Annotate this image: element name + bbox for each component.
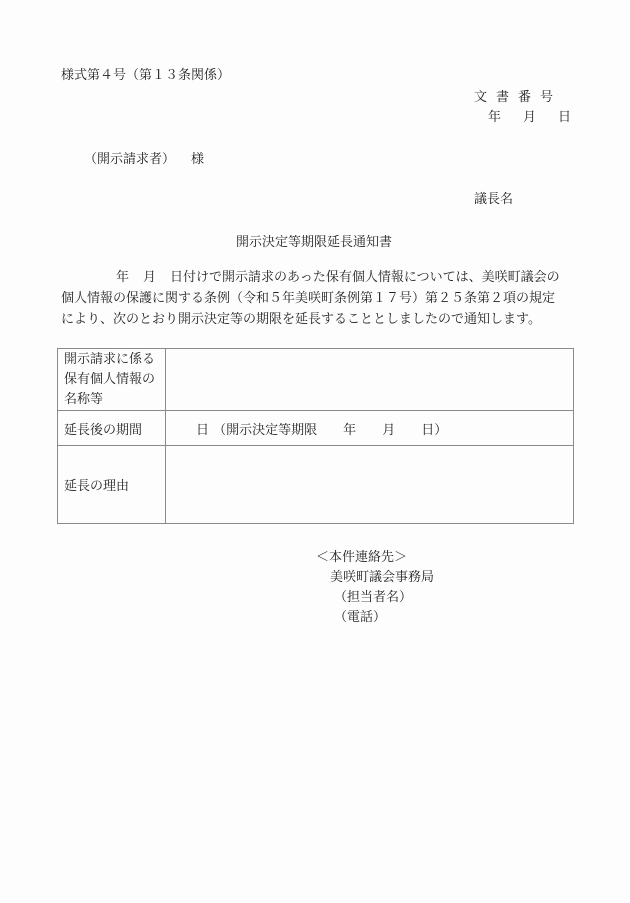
value-reason[interactable]	[166, 446, 574, 524]
contact-heading: ＜本件連絡先＞	[316, 548, 434, 568]
value-info-name[interactable]	[166, 349, 574, 411]
table-row-info-name: 開示請求に係る 保有個人情報の 名称等	[58, 349, 574, 411]
form-number: 様式第４号（第１３条関係）	[61, 64, 230, 83]
recipient-suffix: 様	[191, 152, 204, 167]
contact-person: （担当者名）	[316, 588, 434, 608]
document-number-label: 文書番号	[474, 86, 562, 105]
sender-name: 議長名	[474, 188, 513, 207]
label-extended-period: 延長後の期間	[58, 411, 166, 446]
recipient: （開示請求者）様	[84, 148, 204, 167]
recipient-name: （開示請求者）	[84, 152, 175, 167]
issue-date: 年月日	[488, 106, 571, 125]
value-extended-period[interactable]: 日 （開示決定等期限年月日）	[166, 411, 574, 446]
label-reason: 延長の理由	[58, 446, 166, 524]
table-row-extended-period: 延長後の期間 日 （開示決定等期限年月日）	[58, 411, 574, 446]
date-month: 月	[523, 106, 536, 125]
contact-block: ＜本件連絡先＞ 美咲町議会事務局 （担当者名） （電話）	[316, 548, 434, 628]
contact-phone: （電話）	[316, 608, 434, 628]
body-line-1: 年月日付けで開示請求のあった保有個人情報については、美咲町議会の	[61, 267, 581, 288]
body-line-2: 個人情報の保護に関する条例（令和５年美咲町条例第１７号）第２５条第２項の規定	[61, 288, 581, 309]
body-line-3: により、次のとおり開示決定等の期限を延長することとしましたので通知します。	[61, 309, 581, 330]
date-day: 日	[558, 106, 571, 125]
contact-office: 美咲町議会事務局	[316, 568, 434, 588]
document-title: 開示決定等期限延長通知書	[236, 231, 392, 250]
label-info-name: 開示請求に係る 保有個人情報の 名称等	[58, 349, 166, 411]
body-paragraph: 年月日付けで開示請求のあった保有個人情報については、美咲町議会の 個人情報の保護…	[61, 267, 581, 330]
extension-info-table: 開示請求に係る 保有個人情報の 名称等 延長後の期間 日 （開示決定等期限年月日…	[57, 348, 574, 524]
table-row-reason: 延長の理由	[58, 446, 574, 524]
date-year: 年	[488, 106, 501, 125]
